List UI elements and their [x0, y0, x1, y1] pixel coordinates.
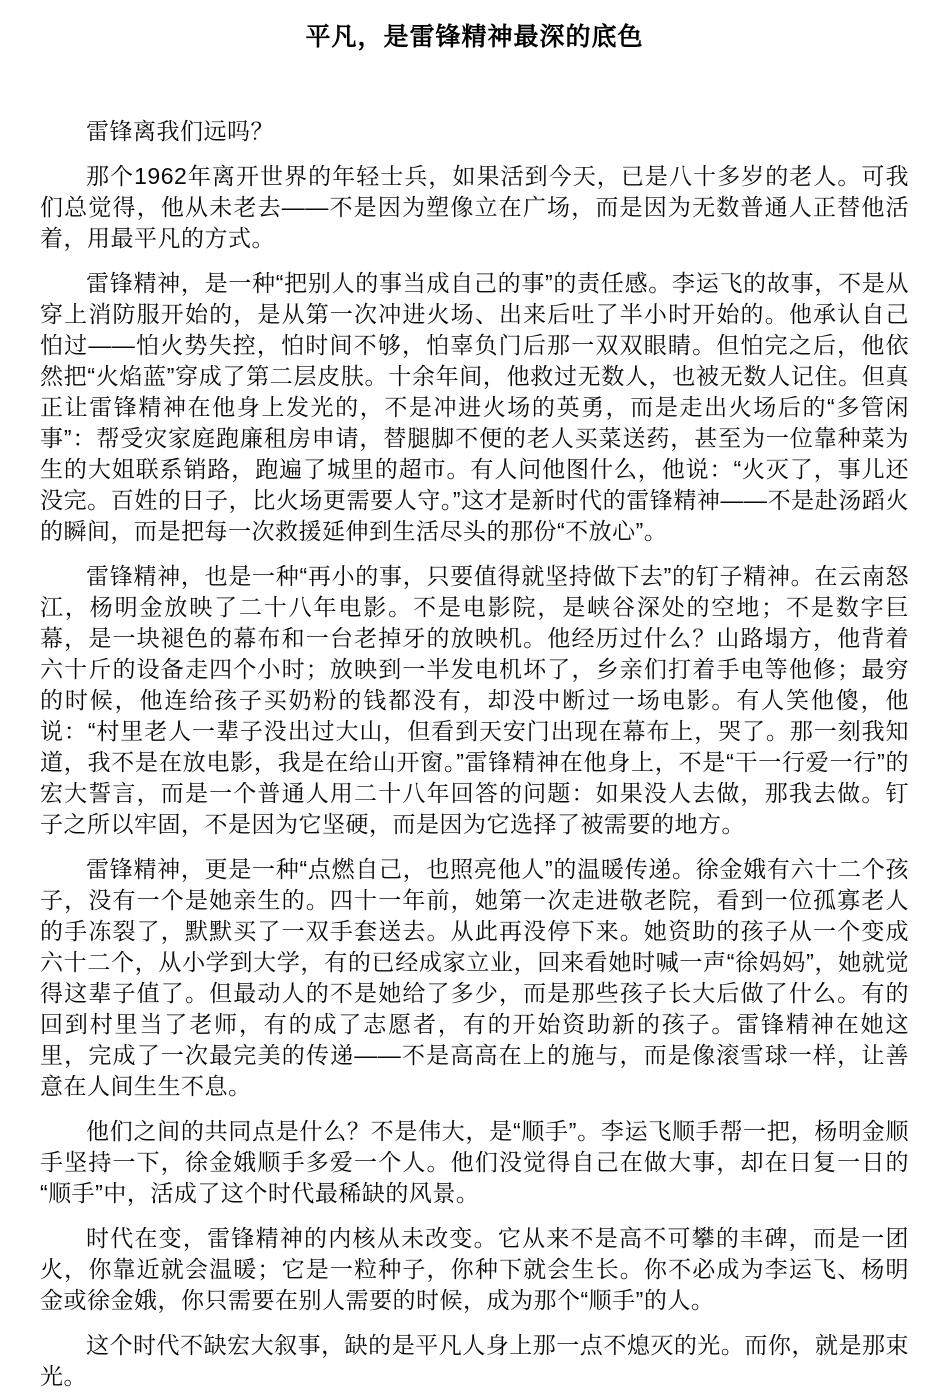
paragraph-closing: 这个时代不缺宏大叙事，缺的是平凡人身上那一点不熄灭的光。而你，就是那束光。	[40, 1330, 909, 1392]
paragraph-lead-question: 雷锋离我们远吗？	[40, 116, 909, 147]
document-body: 雷锋离我们远吗？ 那个1962年离开世界的年轻士兵，如果活到今天，已是八十多岁的…	[40, 116, 909, 1392]
paragraph-warmth-xujine: 雷锋精神，更是一种“点燃自己，也照亮他人”的温暖传递。徐金娥有六十二个孩子，没有…	[40, 854, 909, 1102]
document-page: 平凡，是雷锋精神最深的底色 雷锋离我们远吗？ 那个1962年离开世界的年轻士兵，…	[0, 0, 947, 1398]
paragraph-intro: 那个1962年离开世界的年轻士兵，如果活到今天，已是八十多岁的老人。可我们总觉得…	[40, 161, 909, 254]
paragraph-era-change: 时代在变，雷锋精神的内核从未改变。它从来不是高不可攀的丰碑，而是一团火，你靠近就…	[40, 1223, 909, 1316]
paragraph-nail-spirit-yangmingjin: 雷锋精神，也是一种“再小的事，只要值得就坚持做下去”的钉子精神。在云南怒江，杨明…	[40, 561, 909, 840]
paragraph-common-point: 他们之间的共同点是什么？不是伟大，是“顺手”。李运飞顺手帮一把，杨明金顺手坚持一…	[40, 1116, 909, 1209]
paragraph-responsibility-liyunfei: 雷锋精神，是一种“把别人的事当成自己的事”的责任感。李运飞的故事，不是从穿上消防…	[40, 268, 909, 547]
document-title: 平凡，是雷锋精神最深的底色	[40, 22, 909, 52]
